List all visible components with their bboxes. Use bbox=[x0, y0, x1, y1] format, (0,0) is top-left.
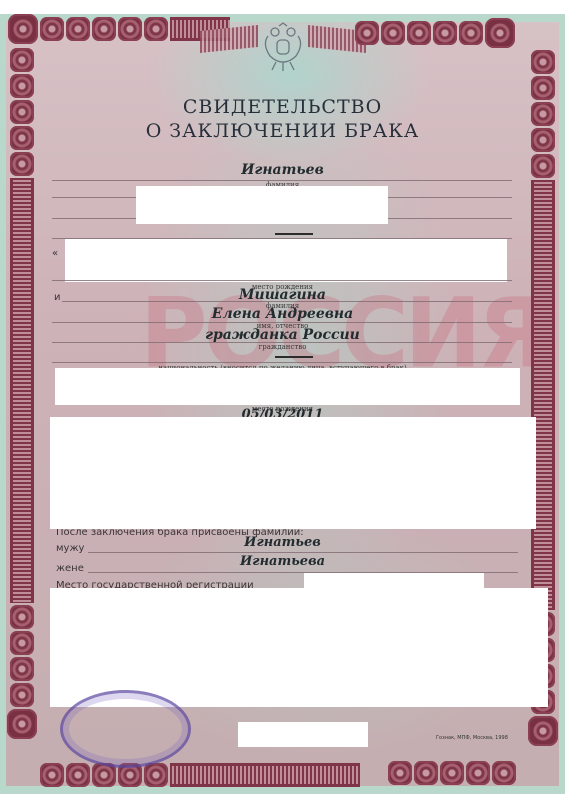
bride-dash bbox=[275, 356, 313, 358]
rosette-icon bbox=[466, 761, 490, 785]
rosette-icon bbox=[10, 74, 34, 98]
redacted-marriage-details bbox=[50, 417, 536, 529]
rosette-icon bbox=[414, 761, 438, 785]
husband-surname: Игнатьев bbox=[0, 535, 565, 550]
wife-label: жене bbox=[56, 563, 84, 574]
redacted-signature bbox=[238, 722, 368, 747]
rosette-icon bbox=[66, 17, 90, 41]
rosette-icon bbox=[433, 21, 457, 45]
redacted-registration-place bbox=[304, 573, 484, 589]
frame-band bbox=[170, 763, 360, 787]
groom-dash bbox=[275, 233, 313, 235]
frame-bottom-right bbox=[388, 760, 516, 786]
rosette-icon bbox=[8, 14, 38, 44]
double-headed-eagle-icon bbox=[258, 22, 308, 74]
bride-name: Елена Андреевна bbox=[0, 306, 565, 322]
rosette-icon bbox=[459, 21, 483, 45]
redacted-bride-nationality bbox=[55, 368, 520, 405]
printer-imprint: Гознак, МПФ, Москва, 1998 bbox=[436, 735, 508, 741]
groom-surname: Игнатьев bbox=[0, 162, 565, 178]
redacted-groom-name bbox=[136, 186, 388, 224]
document-title-line2: О ЗАКЛЮЧЕНИИ БРАКА bbox=[0, 120, 565, 142]
rosette-icon bbox=[485, 18, 515, 48]
rosette-icon bbox=[144, 17, 168, 41]
frame-bottom-left bbox=[40, 762, 360, 788]
husband-label: мужу bbox=[56, 543, 84, 554]
frame-top-right bbox=[355, 20, 515, 46]
frame-top-left bbox=[8, 16, 230, 42]
rosette-icon bbox=[40, 763, 64, 787]
rosette-icon bbox=[10, 605, 34, 629]
rosette-icon bbox=[492, 761, 516, 785]
rosette-icon bbox=[531, 50, 555, 74]
rosette-icon bbox=[40, 17, 64, 41]
rosette-icon bbox=[388, 761, 412, 785]
rosette-icon bbox=[381, 21, 405, 45]
rosette-icon bbox=[10, 683, 34, 707]
rosette-icon bbox=[528, 716, 558, 746]
official-stamp bbox=[60, 690, 191, 768]
rosette-icon bbox=[407, 21, 431, 45]
rosette-icon bbox=[7, 709, 37, 739]
rosette-icon bbox=[118, 17, 142, 41]
rosette-icon bbox=[355, 21, 379, 45]
rule bbox=[52, 362, 512, 363]
redacted-groom-birth bbox=[65, 239, 507, 282]
document-title-line1: СВИДЕТЕЛЬСТВО bbox=[0, 96, 565, 118]
bride-citizenship-caption: гражданство bbox=[0, 343, 565, 351]
quote-mark: « bbox=[52, 248, 58, 259]
bride-citizenship: гражданка России bbox=[0, 327, 565, 343]
rosette-icon bbox=[66, 763, 90, 787]
rosette-icon bbox=[10, 631, 34, 655]
rosette-icon bbox=[440, 761, 464, 785]
rule bbox=[88, 552, 518, 553]
frame-left bbox=[9, 48, 35, 739]
rule bbox=[52, 280, 512, 281]
rosette-icon bbox=[10, 48, 34, 72]
rosette-icon bbox=[10, 657, 34, 681]
rosette-icon bbox=[144, 763, 168, 787]
rosette-icon bbox=[92, 17, 116, 41]
redacted-marriage-details-tail bbox=[50, 517, 536, 529]
wife-surname: Игнатьева bbox=[0, 554, 565, 569]
